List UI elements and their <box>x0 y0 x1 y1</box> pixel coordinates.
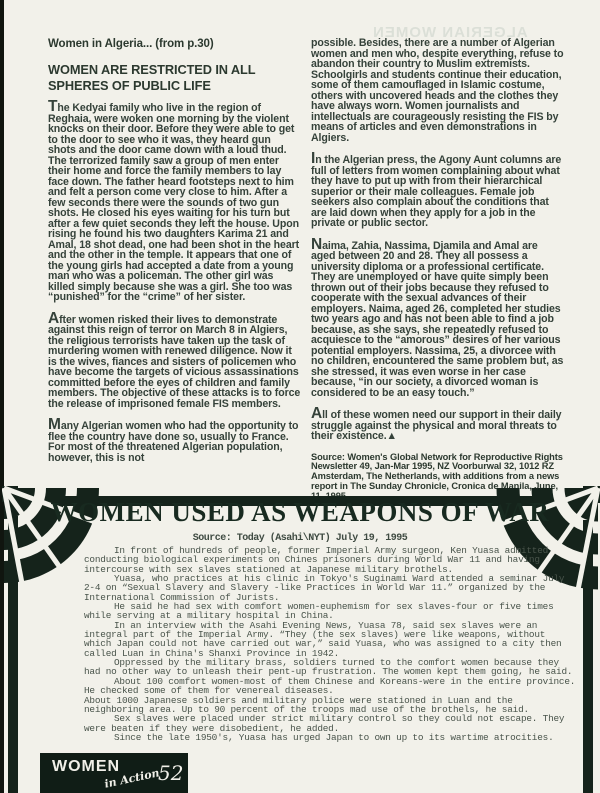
logo-issue-number: 52 <box>158 761 183 785</box>
paragraph: In the Algerian press, the Agony Aunt co… <box>311 154 564 229</box>
weapons-of-war-section: WOMEN USED AS WEAPONS OF WAR Source: Tod… <box>0 486 600 793</box>
paragraph: Many Algerian women who had the opportun… <box>48 420 301 463</box>
banner-paragraph: Oppressed by the military brass, soldier… <box>84 658 576 677</box>
banner-paragraph: Yuasa, who practices at his clinic in To… <box>84 574 576 602</box>
paragraph-text: possible. Besides, there are a number of… <box>311 37 563 144</box>
article-right-column: possible. Besides, there are a number of… <box>311 38 564 502</box>
paragraph: possible. Besides, there are a number of… <box>311 38 564 143</box>
article-left-column: Women in Algeria... (from p.30) WOMEN AR… <box>48 38 301 502</box>
logo-title: WOMEN <box>52 758 120 776</box>
banner-article-body: In front of hundreds of people, former I… <box>84 546 576 742</box>
banner-source-line: Source: Today (Asahi\NYT) July 19, 1995 <box>0 533 600 544</box>
article-heading: WOMEN ARE RESTRICTED IN ALL SPHERES OF P… <box>48 62 301 93</box>
paragraph: All of these women need our support in t… <box>311 409 564 442</box>
paragraph-text: fter women risked their lives to demonst… <box>48 314 300 410</box>
banner-paragraph: He said he had sex with comfort women-eu… <box>84 602 576 621</box>
algeria-article: Women in Algeria... (from p.30) WOMEN AR… <box>48 38 564 502</box>
paragraph-text: aima, Zahia, Nassima, Djamila and Amal a… <box>311 240 563 399</box>
paragraph-text: any Algerian women who had the opportuni… <box>48 420 298 464</box>
banner-paragraph: About 1000 Japanese soldiers and militar… <box>84 696 576 715</box>
banner-title: WOMEN USED AS WEAPONS OF WAR <box>0 499 600 526</box>
banner-paragraph: In front of hundreds of people, former I… <box>84 546 576 574</box>
scanned-magazine-page: ALGERIAN WOMEN Women in Algeria... (from… <box>0 0 600 793</box>
paragraph-text: ll of these women need our support in th… <box>311 409 561 442</box>
paragraph-text: n the Algerian press, the Agony Aunt col… <box>311 154 561 229</box>
paragraph: After women risked their lives to demons… <box>48 314 301 410</box>
women-in-action-logo: WOMEN in Action 52 <box>40 753 188 793</box>
paragraph: The Kedyai family who live in the region… <box>48 102 301 303</box>
banner-paragraph: Since the late 1950's, Yuasa has urged J… <box>84 733 576 742</box>
paragraph-text: he Kedyai family who live in the region … <box>48 102 299 303</box>
continued-from-note: Women in Algeria... (from p.30) <box>48 38 301 51</box>
banner-paragraph: In an interview with the Asahi Evening N… <box>84 621 576 658</box>
paragraph: Naima, Zahia, Nassima, Djamila and Amal … <box>311 240 564 399</box>
banner-paragraph: Sex slaves were placed under strict mili… <box>84 714 576 733</box>
banner-paragraph: About 100 comfort women-most of them Chi… <box>84 677 576 696</box>
